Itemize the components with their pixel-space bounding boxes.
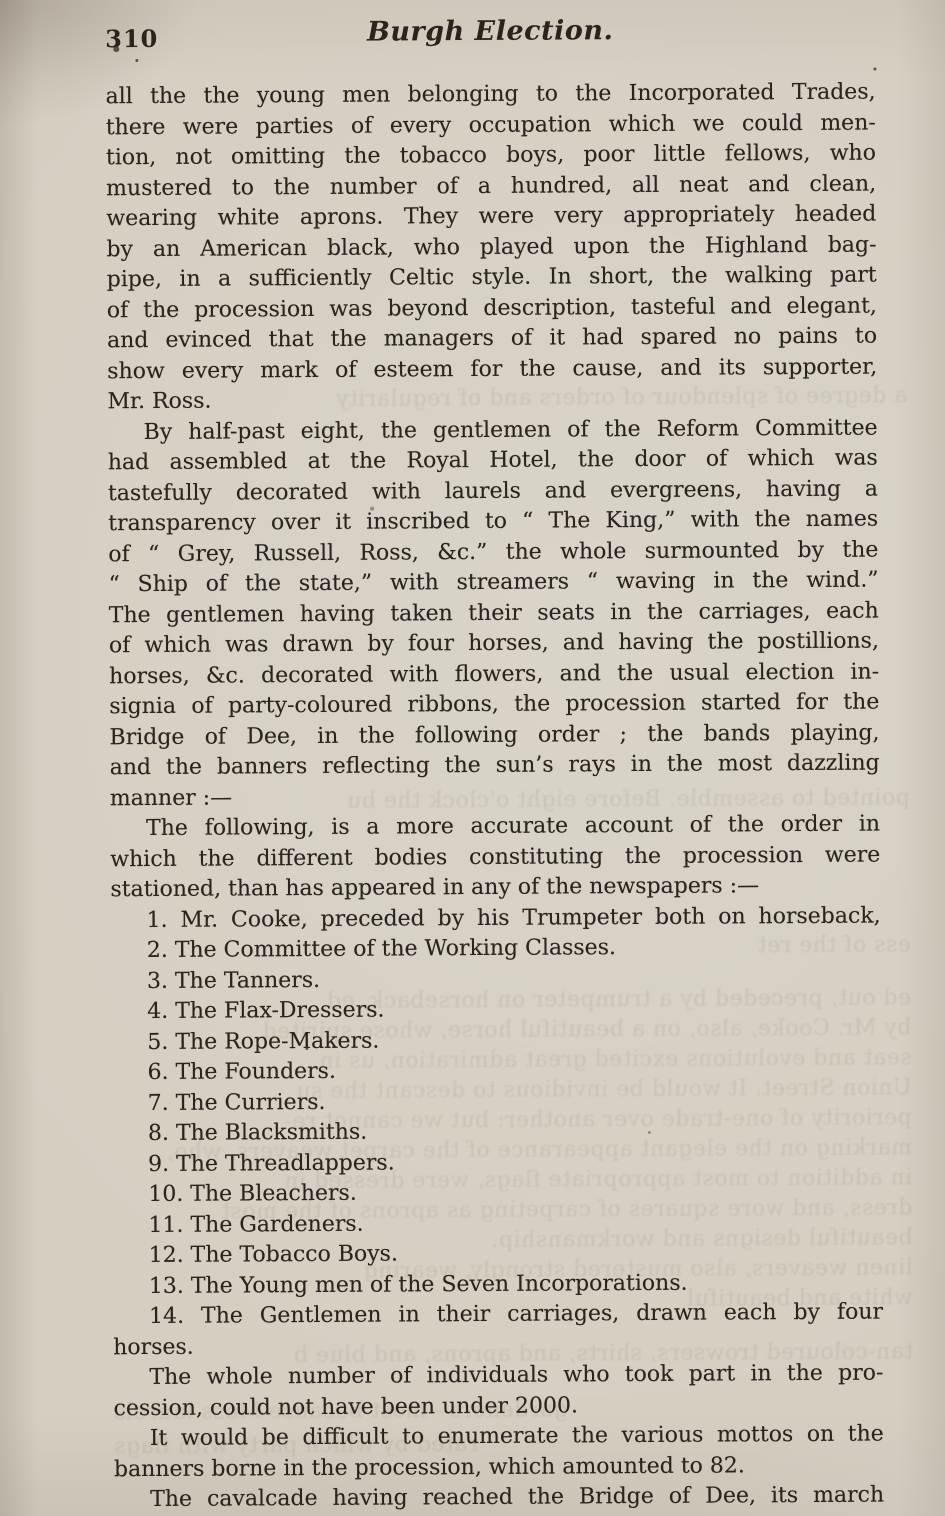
text-line: horses, &c. decorated with flowers, and …	[109, 657, 879, 692]
text-line: Bridge of Dee, in the following order ; …	[109, 718, 879, 753]
text-line: The cavalcade having reached the Bridge …	[114, 1481, 884, 1516]
text-line: 14. The Gentlemen in their carriages, dr…	[113, 1298, 883, 1333]
text-line: 3. The Tanners.	[111, 962, 881, 997]
text-line: transparency over it inscribed to “ The …	[108, 505, 878, 540]
text-line: and evinced that the managers of it had …	[107, 322, 877, 357]
text-line: by an American black, who played upon th…	[106, 230, 876, 265]
text-line: It would be difficult to enumerate the v…	[114, 1420, 884, 1455]
book-page-scan: a degree of splendour of orders and of r…	[0, 0, 945, 1516]
page-content: a degree of splendour of orders and of r…	[0, 0, 945, 1516]
text-line: which the different bodies constituting …	[110, 840, 880, 875]
text-line: of “ Grey, Russell, Ross, &c.” the whole…	[108, 535, 878, 570]
text-line: stationed, than has appeared in any of t…	[110, 871, 880, 906]
text-line: 7. The Curriers.	[112, 1084, 882, 1119]
ink-speck	[370, 507, 374, 511]
text-line: and the banners reflecting the sun’s ray…	[110, 749, 880, 784]
running-head: 310 Burgh Election.	[0, 13, 945, 59]
text-line: had assembled at the Royal Hotel, the do…	[108, 444, 878, 479]
text-line: of which was drawn by four horses, and h…	[109, 627, 879, 662]
text-line: manner :—	[110, 779, 880, 814]
text-line: show every mark of esteem for the cause,…	[107, 352, 877, 387]
text-line: banners borne in the procession, which a…	[114, 1450, 884, 1485]
text-line: Mr. Ross.	[107, 383, 877, 418]
text-line: tion, not omitting the tobacco boys, poo…	[106, 139, 876, 174]
ink-speck	[135, 59, 138, 62]
text-line: 12. The Tobacco Boys.	[113, 1237, 883, 1272]
text-line: By half-past eight, the gentlemen of the…	[108, 413, 878, 448]
text-line: 1. Mr. Cooke, preceded by his Trumpeter …	[111, 901, 881, 936]
text-line: The whole number of individuals who took…	[113, 1359, 883, 1394]
ink-speck	[113, 46, 119, 52]
text-line: all the the young men belonging to the I…	[105, 78, 875, 113]
ink-speck	[648, 1131, 651, 1134]
text-line: 9. The Threadlappers.	[112, 1145, 882, 1180]
text-line: cession, could not have been under 2000.	[114, 1389, 884, 1424]
running-title: Burgh Election.	[105, 14, 875, 50]
text-line: “ Ship of the state,” with streamers “ w…	[108, 566, 878, 601]
ink-speck	[873, 68, 876, 71]
text-line: 10. The Bleachers.	[112, 1176, 882, 1211]
text-line: 2. The Committee of the Working Classes.	[111, 932, 881, 967]
text-line: mustered to the number of a hundred, all…	[106, 169, 876, 204]
text-line: 13. The Young men of the Seven Incorpora…	[113, 1267, 883, 1302]
text-line: pipe, in a sufficiently Celtic style. In…	[107, 261, 877, 296]
text-line: The following, is a more accurate accoun…	[110, 810, 880, 845]
text-line: 5. The Rope-Makers.	[111, 1023, 881, 1058]
text-line: 6. The Founders.	[111, 1054, 881, 1089]
body-text: all the the young men belonging to the I…	[105, 78, 884, 1516]
speck-layer	[0, 0, 945, 3]
text-line: there were parties of every occupation w…	[106, 108, 876, 143]
text-line: 11. The Gardeners.	[112, 1206, 882, 1241]
text-line: 8. The Blacksmiths.	[112, 1115, 882, 1150]
text-line: wearing white aprons. They were very app…	[106, 200, 876, 235]
text-line: signia of party-coloured ribbons, the pr…	[109, 688, 879, 723]
text-line: 4. The Flax-Dressers.	[111, 993, 881, 1028]
text-line: tastefully decorated with laurels and ev…	[108, 474, 878, 509]
text-line: The gentlemen having taken their seats i…	[109, 596, 879, 631]
text-line: of the procession was beyond description…	[107, 291, 877, 326]
text-line: horses.	[113, 1328, 883, 1363]
ink-speck	[305, 1047, 308, 1050]
